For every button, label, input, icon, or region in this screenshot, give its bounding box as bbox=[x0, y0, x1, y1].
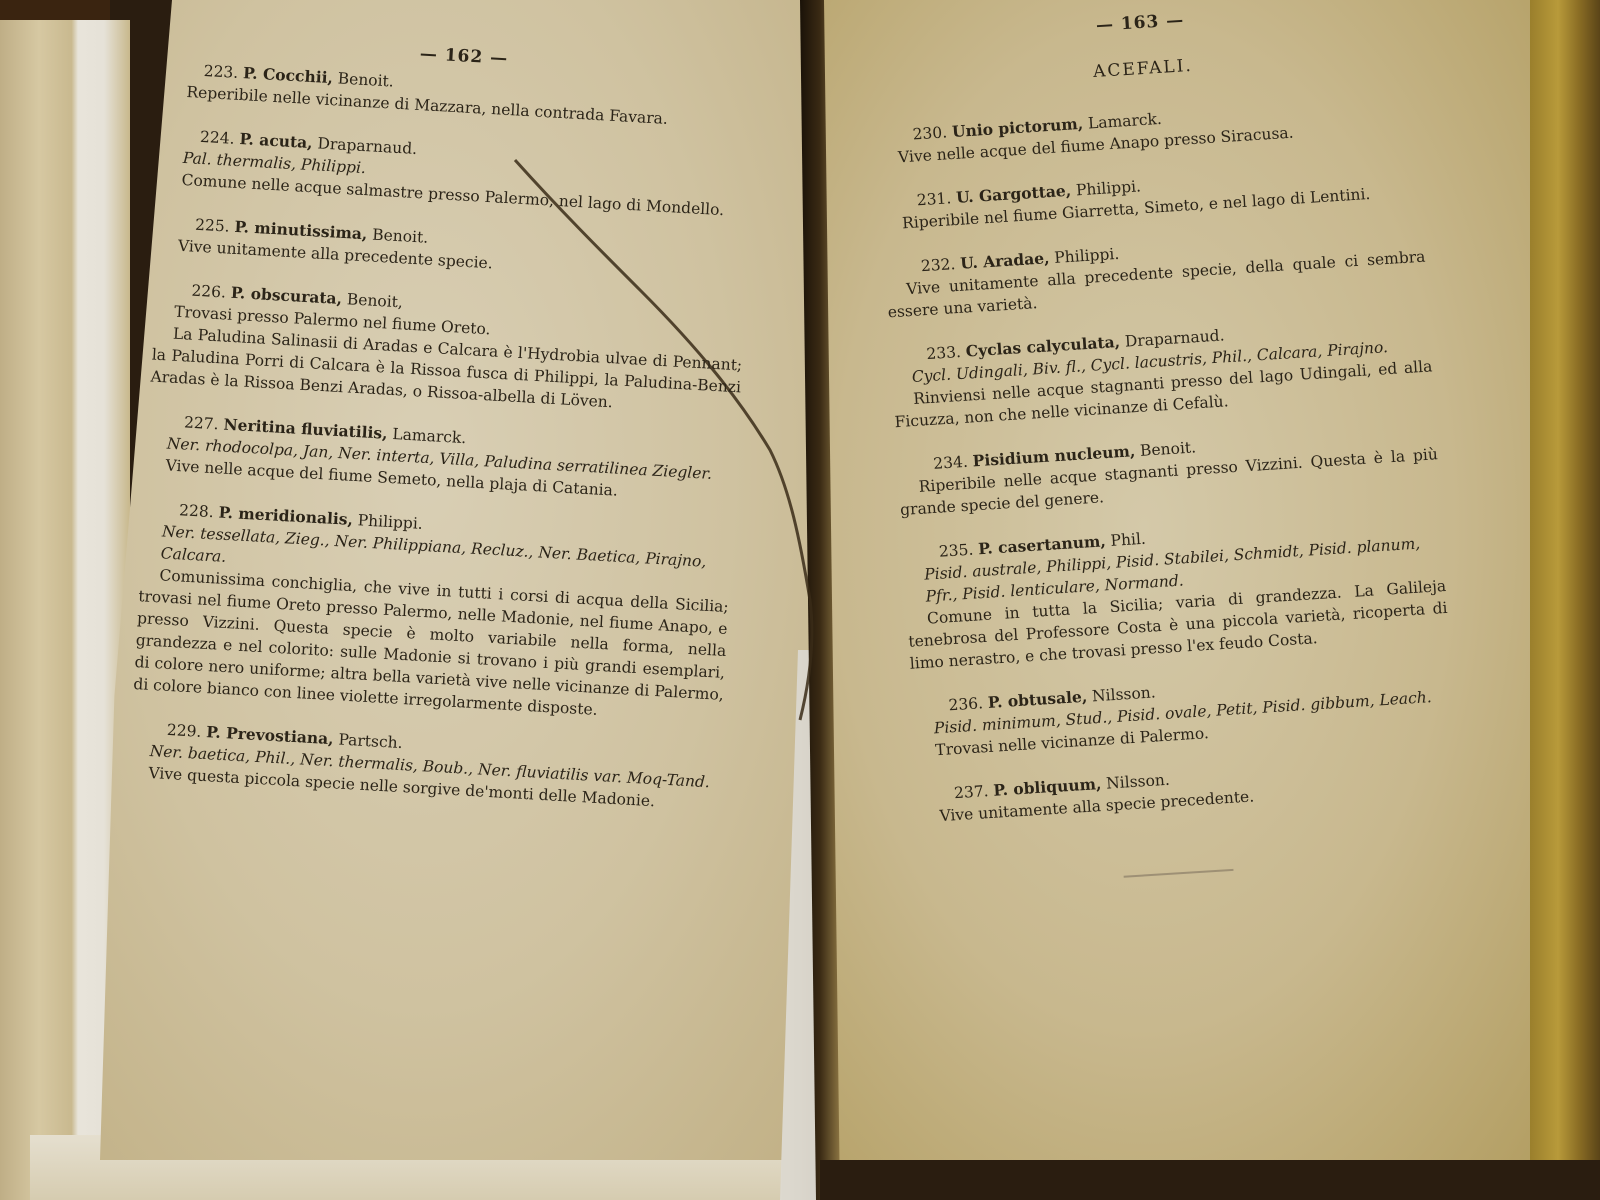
species-author: Philippi. bbox=[1075, 177, 1141, 199]
book-photo: — 162 — 223. P. Cocchii, Benoit. Reperib… bbox=[0, 0, 1600, 1200]
species-entry: 231. U. Gargottae, Philippi. Riperibile … bbox=[880, 158, 1422, 236]
species-entry: 236. P. obtusale, Nilsson. Pisid. minimu… bbox=[912, 663, 1455, 763]
entry-number: 229. bbox=[166, 721, 201, 741]
species-author: Nilsson. bbox=[1106, 771, 1171, 793]
species-name: P. Cocchii, bbox=[243, 63, 334, 87]
bottom-shadow bbox=[820, 1160, 1600, 1200]
entry-number: 224. bbox=[200, 128, 235, 148]
species-entry: 226. P. obscurata, Benoit, Trovasi press… bbox=[150, 278, 745, 421]
right-page-edges bbox=[1530, 0, 1600, 1200]
species-entry: 229. P. Prevostiana, Partsch. Ner. baeti… bbox=[128, 717, 721, 816]
species-author: Phil. bbox=[1110, 530, 1146, 550]
species-entry: 228. P. meridionalis, Philippi. Ner. tes… bbox=[133, 497, 733, 728]
section-heading: ACEFALI. bbox=[873, 42, 1413, 96]
species-entry: 230. Unio pictorum, Lamarck. Vive nelle … bbox=[876, 92, 1418, 170]
entry-number: 235. bbox=[938, 541, 974, 561]
species-entry: 227. Neritina fluviatilis, Lamarck. Ner.… bbox=[145, 409, 738, 508]
entry-number: 234. bbox=[933, 453, 969, 473]
species-author: Benoit. bbox=[1140, 438, 1197, 459]
entry-number: 223. bbox=[203, 62, 238, 82]
species-author: Philippi. bbox=[1054, 245, 1120, 267]
entry-number: 225. bbox=[195, 216, 230, 236]
species-entry: 225. P. minutissima, Benoit. Vive unitam… bbox=[157, 212, 749, 289]
entry-number: 226. bbox=[191, 282, 226, 302]
species-entry: 235. P. casertanum, Phil. Pisid. austral… bbox=[902, 509, 1449, 675]
species-author: Benoit. bbox=[372, 226, 429, 247]
entry-number: 233. bbox=[926, 343, 962, 363]
species-author: Partsch. bbox=[338, 731, 403, 753]
entry-number: 228. bbox=[179, 501, 214, 521]
species-entry: 234. Pisidium nucleum, Benoit. Riperibil… bbox=[897, 421, 1440, 521]
species-name: P. acuta, bbox=[239, 129, 313, 152]
left-page-text: — 162 — 223. P. Cocchii, Benoit. Reperib… bbox=[127, 30, 759, 838]
species-author: Lamarck. bbox=[1087, 110, 1162, 133]
entry-number: 227. bbox=[184, 413, 219, 433]
species-entry: 224. P. acuta, Draparnaud. Pal. thermali… bbox=[161, 124, 754, 223]
species-author: Nilsson. bbox=[1092, 683, 1157, 705]
entry-number: 231. bbox=[916, 189, 952, 209]
entry-number: 232. bbox=[920, 255, 956, 275]
species-author: Benoit. bbox=[337, 69, 394, 90]
entry-number: 230. bbox=[912, 123, 948, 143]
species-entry: 233. Cyclas calyculata, Draparnaud. Cycl… bbox=[890, 311, 1434, 433]
species-entry: 237. P. obliquum, Nilsson. Vive unitamen… bbox=[917, 751, 1459, 829]
entry-number: 236. bbox=[948, 694, 984, 714]
species-author: Philippi. bbox=[357, 511, 423, 533]
entry-number: 237. bbox=[954, 782, 990, 802]
species-entry: 232. U. Aradae, Philippi. Vive unitament… bbox=[884, 224, 1427, 324]
right-page-text: — 163 — ACEFALI. 230. Unio pictorum, Lam… bbox=[870, 0, 1463, 890]
species-author: Lamarck. bbox=[392, 425, 467, 447]
species-author: Benoit, bbox=[346, 290, 403, 311]
